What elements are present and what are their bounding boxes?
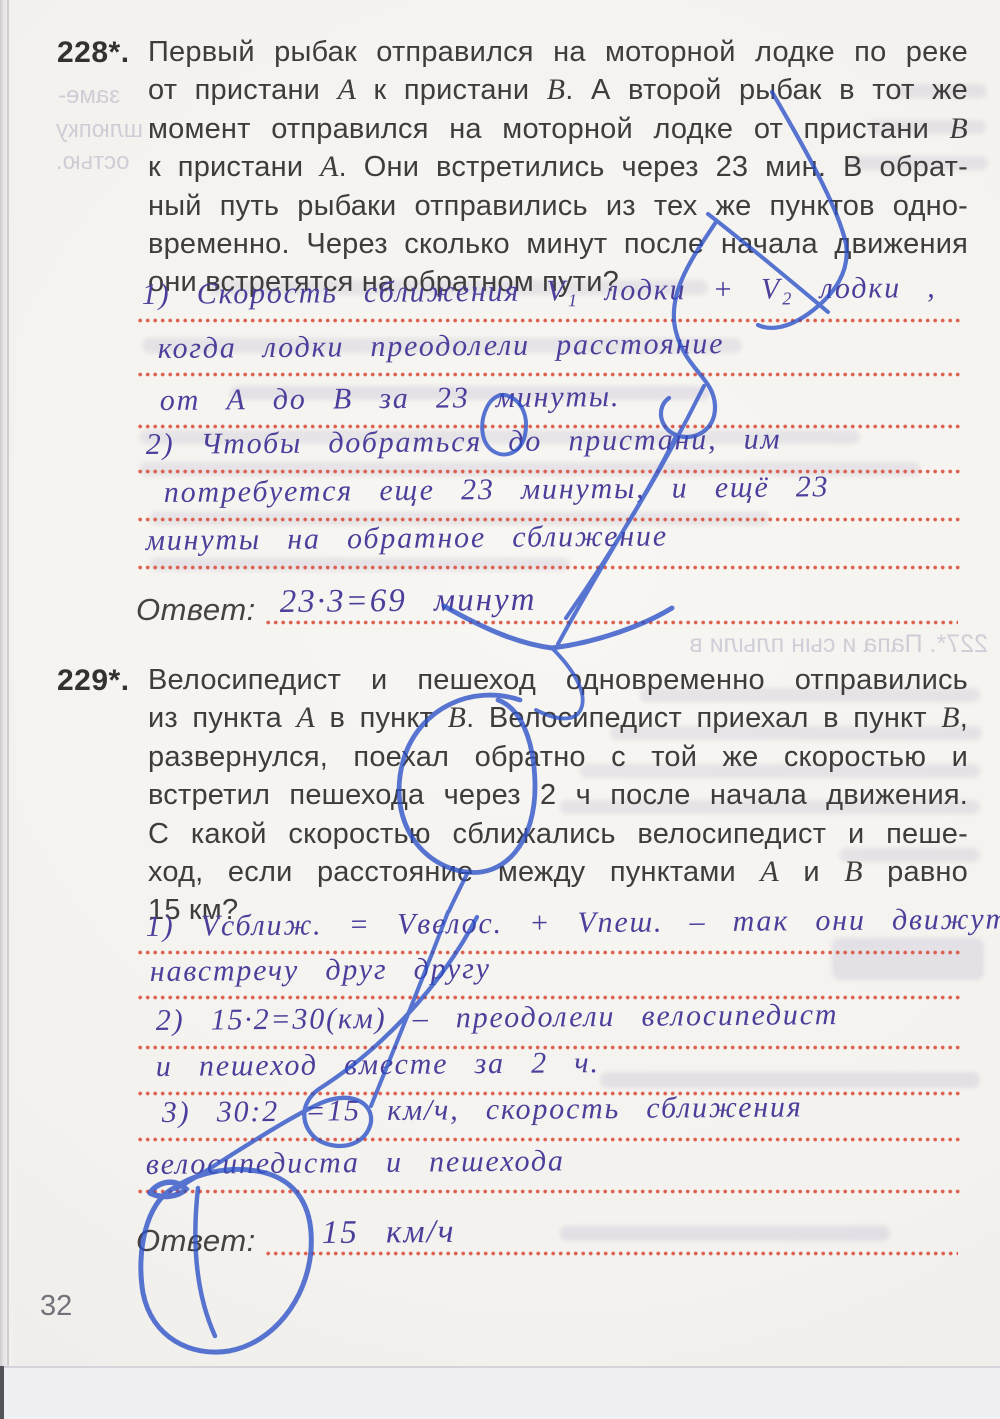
bleed-smudge bbox=[832, 938, 984, 980]
bleed-text-fragment: шлюпку bbox=[56, 116, 143, 144]
problem-229-line: С какой скоростью сближались велосипедис… bbox=[148, 815, 968, 853]
handwritten-line: когда лодки преодолели расстояние bbox=[158, 327, 725, 366]
workbook-page: заме- шлюпку остью. 227*. Папа и сын плы… bbox=[0, 0, 1000, 1419]
scan-bottom-band bbox=[0, 1366, 1000, 1419]
bleed-text-fragment: заме- bbox=[58, 82, 120, 110]
problem-228-line: ный путь рыбаки отправились из тех же пу… bbox=[148, 187, 968, 225]
handwritten-answer-228: 23·3=69 минут bbox=[280, 582, 537, 621]
bleed-smudge bbox=[600, 1072, 980, 1088]
pen-stroke bbox=[195, 1188, 215, 1336]
handwritten-line: велосипедиста и пешехода bbox=[146, 1144, 565, 1182]
scan-bottom-edge-mark bbox=[0, 1366, 4, 1419]
problem-228-line: временно. Через сколько минут после нача… bbox=[148, 225, 968, 263]
bleed-text-fragment: 227*. Папа и сын плыли в bbox=[552, 630, 988, 659]
problem-228-number: 228*. bbox=[57, 36, 130, 70]
ruled-line bbox=[138, 565, 960, 570]
problem-229-line: Велосипедист и пешеход одновременно отпр… bbox=[148, 661, 968, 699]
problem-229-line: из пункта A в пункт B. Велосипедист прие… bbox=[148, 699, 968, 737]
problem-228-line: от пристани A к пристани B. А второй рыб… bbox=[148, 71, 968, 109]
handwritten-line: 1) Скорость сближения V₁ лодки + V₂ лодк… bbox=[142, 271, 937, 312]
handwritten-line: минуты на обратное сближение bbox=[146, 519, 668, 558]
ruled-line bbox=[138, 318, 960, 323]
handwritten-line: 3) 30:2 =15 км/ч, скорость сближения bbox=[162, 1090, 803, 1130]
problem-229-line: ход, если расстояние между пунктами A и … bbox=[148, 853, 968, 891]
handwritten-line: потребуется еще 23 минуты, и ещё 23 bbox=[164, 470, 830, 510]
answer-label-228: Ответ: bbox=[136, 592, 256, 628]
pen-oval-bottom bbox=[141, 1169, 311, 1352]
problem-228-text: Первый рыбак отправился на моторной лодк… bbox=[148, 33, 968, 302]
problem-229-number: 229*. bbox=[57, 664, 130, 698]
problem-229-line: встретил пешехода через 2 ч после начала… bbox=[148, 776, 968, 814]
scan-left-crease bbox=[7, 0, 9, 1366]
bleed-smudge bbox=[560, 1226, 890, 1241]
page-number: 32 bbox=[40, 1290, 72, 1323]
ruled-line bbox=[138, 372, 960, 377]
ruled-line bbox=[266, 620, 958, 625]
problem-229-line: развернулся, поехал обратно с той же ско… bbox=[148, 738, 968, 776]
handwritten-line: 2) Чтобы добраться до пристани, им bbox=[146, 422, 782, 462]
handwritten-line: и пешеход вместе за 2 ч. bbox=[156, 1046, 600, 1084]
bleed-text-fragment: остью. bbox=[56, 148, 130, 176]
ruled-line bbox=[266, 1251, 958, 1256]
problem-228-line: момент отправился на моторной лодке от п… bbox=[148, 110, 968, 148]
problem-229-text: Велосипедист и пешеход одновременно отпр… bbox=[148, 661, 968, 930]
handwritten-line: навстречу друг другу bbox=[150, 952, 491, 989]
problem-228-line: Первый рыбак отправился на моторной лодк… bbox=[148, 33, 968, 71]
handwritten-line: от А до В за 23 минуты. bbox=[160, 380, 621, 418]
problem-228-line: к пристани A. Они встретились через 23 м… bbox=[148, 148, 968, 186]
ruled-line bbox=[138, 1189, 960, 1194]
ruled-line bbox=[138, 1137, 960, 1142]
handwritten-answer-229: 15 км/ч bbox=[322, 1214, 456, 1252]
handwritten-line: 2) 15·2=30(км) – преодолели велосипедист bbox=[156, 998, 839, 1038]
answer-label-229: Ответ: bbox=[136, 1223, 256, 1259]
